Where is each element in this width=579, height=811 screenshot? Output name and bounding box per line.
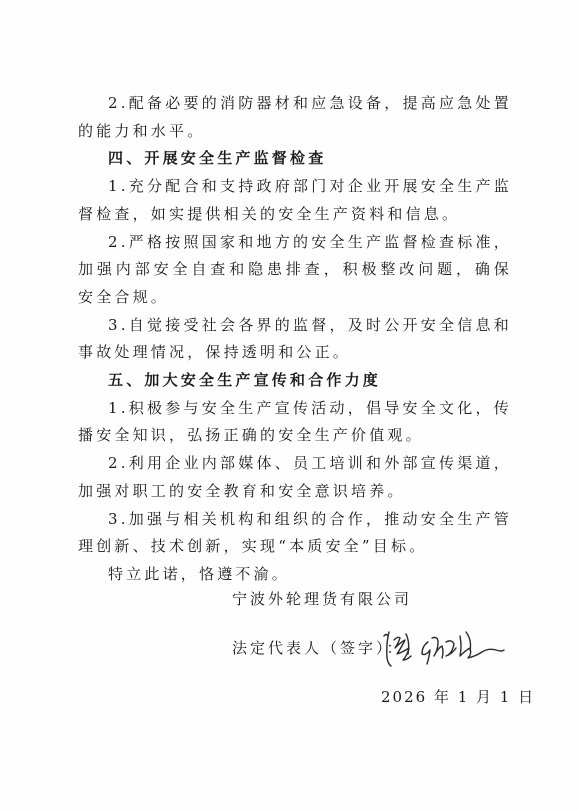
section-heading-5: 五、加大安全生产宣传和合作力度 [78, 367, 512, 395]
paragraph-equipment: 2.配备必要的消防器材和应急设备，提高应急处置的能力和水平。 [78, 90, 512, 145]
document-body: 2.配备必要的消防器材和应急设备，提高应急处置的能力和水平。 四、开展安全生产监… [78, 90, 512, 589]
document-page: 2.配备必要的消防器材和应急设备，提高应急处置的能力和水平。 四、开展安全生产监… [0, 0, 579, 811]
company-name: 宁波外轮理货有限公司 [232, 588, 412, 609]
paragraph-4-3: 3.自觉接受社会各界的监督，及时公开安全信息和事故处理情况，保持透明和公正。 [78, 312, 512, 367]
signature-icon [380, 622, 515, 674]
legal-representative-label: 法定代表人（签字）： [232, 637, 405, 658]
paragraph-5-3: 3.加强与相关机构和组织的合作，推动安全生产管理创新、技术创新，实现“本质安全”… [78, 506, 512, 561]
paragraph-5-2: 2.利用企业内部媒体、员工培训和外部宣传渠道，加强对职工的安全教育和安全意识培养… [78, 450, 512, 505]
paragraph-4-1: 1.充分配合和支持政府部门对企业开展安全生产监督检查，如实提供相关的安全生产资料… [78, 173, 512, 228]
paragraph-4-2: 2.严格按照国家和地方的安全生产监督检查标准，加强内部安全自查和隐患排查，积极整… [78, 229, 512, 312]
paragraph-5-1: 1.积极参与安全生产宣传活动，倡导安全文化，传播安全知识，弘扬正确的安全生产价值… [78, 395, 512, 450]
closing-statement: 特立此诺，恪遵不渝。 [78, 561, 512, 589]
signing-date: 2026 年 1 月 1 日 [381, 686, 535, 707]
section-heading-4: 四、开展安全生产监督检查 [78, 145, 512, 173]
